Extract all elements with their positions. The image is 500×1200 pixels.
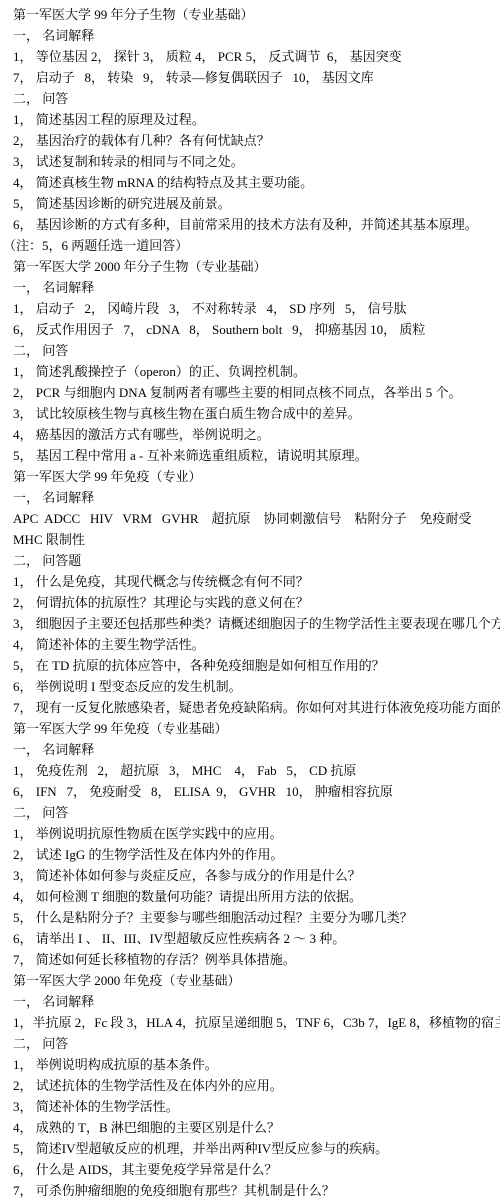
text-line: 1， 免疫佐剂 2， 超抗原 3， MHC 4， Fab 5， CD 抗原: [0, 760, 500, 781]
text-line: 6， 反式作用因子 7， cDNA 8， Southern bolt 9， 抑癌…: [0, 319, 500, 340]
text-line: 二， 问答: [0, 88, 500, 109]
text-line: 1， 等位基因 2， 探针 3， 质粒 4， PCR 5， 反式调节 6， 基因…: [0, 46, 500, 67]
text-line: 6， 基因诊断的方式有多种，目前常采用的技术方法有及种，并简述其基本原理。: [0, 214, 500, 235]
exam-question-sheet: 第一军医大学 99 年分子生物（专业基础）一， 名词解释1， 等位基因 2， 探…: [0, 0, 500, 1200]
text-line: 二， 问答: [0, 1033, 500, 1054]
text-line: 一， 名词解释: [0, 991, 500, 1012]
text-line: 二， 问答: [0, 340, 500, 361]
text-line: 7， 可杀伤肿瘤细胞的免疫细胞有那些？其机制是什么？: [0, 1180, 500, 1200]
text-line: APC ADCC HIV VRM GVHR 超抗原 协同刺激信号 粘附分子 免疫…: [0, 508, 500, 529]
exam-section-title: 第一军医大学 99 年免疫（专业基础）: [0, 718, 500, 739]
text-line: 2， 基因治疗的载体有几种？各有何忧缺点？: [0, 130, 500, 151]
text-line: 5， 什么是粘附分子？主要参与哪些细胞活动过程？主要分为哪几类？: [0, 907, 500, 928]
text-line: 7， 简述如何延长移植物的存活？例举具体措施。: [0, 949, 500, 970]
text-line: 6， 举例说明 I 型变态反应的发生机制。: [0, 676, 500, 697]
text-line: 二， 问答: [0, 802, 500, 823]
text-line: MHC 限制性: [0, 529, 500, 550]
text-line: 6， IFN 7， 免疫耐受 8， ELISA 9， GVHR 10， 肿瘤相容…: [0, 781, 500, 802]
text-line: 1， 简述基因工程的原理及过程。: [0, 109, 500, 130]
text-line: 7， 启动子 8， 转染 9， 转录—修复偶联因子 10， 基因文库: [0, 67, 500, 88]
text-line: 一， 名词解释: [0, 739, 500, 760]
text-line: 5， 简述基因诊断的研究进展及前景。: [0, 193, 500, 214]
text-line: 一， 名词解释: [0, 487, 500, 508]
text-line: 3， 试比较原核生物与真核生物在蛋白质生物合成中的差异。: [0, 403, 500, 424]
text-line: 4， 如何检测 T 细胞的数量何功能？请提出所用方法的依据。: [0, 886, 500, 907]
text-line: 3， 细胞因子主要还包括那些种类？请概述细胞因子的生物学活性主要表现在哪几个方面…: [0, 613, 500, 634]
text-line: 6， 请举出 I 、 II、III、IV型超敏反应性疾病各 2 ～ 3 种。: [0, 928, 500, 949]
text-line: 一， 名词解释: [0, 25, 500, 46]
text-line: 2， 试述 IgG 的生物学活性及在体内外的作用。: [0, 844, 500, 865]
text-line: 一， 名词解释: [0, 277, 500, 298]
text-line: 6， 什么是 AIDS，其主要免疫学异常是什么？: [0, 1159, 500, 1180]
text-line: 7， 现有一反复化脓感染者，疑患者免疫缺陷病。你如何对其进行体液免疫功能方面的检…: [0, 697, 500, 718]
text-line: 二， 问答题: [0, 550, 500, 571]
text-line: 1， 什么是免疫，其现代概念与传统概念有何不同？: [0, 571, 500, 592]
text-line: 3， 简述补体的生物学活性。: [0, 1096, 500, 1117]
text-line: 5， 简述IV型超敏反应的机理，并举出两种IV型反应参与的疾病。: [0, 1138, 500, 1159]
exam-section-title: 第一军医大学 99 年分子生物（专业基础）: [0, 4, 500, 25]
text-line: 1， 举例说明抗原性物质在医学实践中的应用。: [0, 823, 500, 844]
exam-section-title: 第一军医大学 2000 年分子生物（专业基础）: [0, 256, 500, 277]
text-line: 4， 简述补体的主要生物学活性。: [0, 634, 500, 655]
text-line: 1， 简述乳酸操控子（operon）的正、负调控机制。: [0, 361, 500, 382]
text-line: 4， 简述真核生物 mRNA 的结构特点及其主要功能。: [0, 172, 500, 193]
note-line: （注：5，6 两题任选一道回答）: [0, 235, 500, 256]
text-line: 2， PCR 与细胞内 DNA 复制两者有哪些主要的相同点核不同点，各举出 5 …: [0, 382, 500, 403]
text-line: 2， 试述抗体的生物学活性及在体内外的应用。: [0, 1075, 500, 1096]
text-line: 4， 成熟的 T，B 淋巴细胞的主要区别是什么？: [0, 1117, 500, 1138]
text-line: 1， 启动子 2， 冈崎片段 3， 不对称转录 4， SD 序列 5， 信号肽: [0, 298, 500, 319]
text-line: 5， 基因工程中常用 a - 互补来筛选重组质粒，请说明其原理。: [0, 445, 500, 466]
text-line: 3， 简述补体如何参与炎症反应，各参与成分的作用是什么？: [0, 865, 500, 886]
text-line: 5， 在 TD 抗原的抗体应答中，各种免疫细胞是如何相互作用的？: [0, 655, 500, 676]
text-line: 3， 试述复制和转录的相同与不同之处。: [0, 151, 500, 172]
text-line: 1， 举例说明构成抗原的基本条件。: [0, 1054, 500, 1075]
exam-section-title: 第一军医大学 99 年免疫（专业）: [0, 466, 500, 487]
text-line: 1，半抗原 2，Fc 段 3，HLA 4，抗原呈递细胞 5，TNF 6，C3b …: [0, 1012, 500, 1033]
text-line: 4， 癌基因的激活方式有哪些，举例说明之。: [0, 424, 500, 445]
text-line: 2， 何谓抗体的抗原性？其理论与实践的意义何在？: [0, 592, 500, 613]
exam-section-title: 第一军医大学 2000 年免疫（专业基础）: [0, 970, 500, 991]
